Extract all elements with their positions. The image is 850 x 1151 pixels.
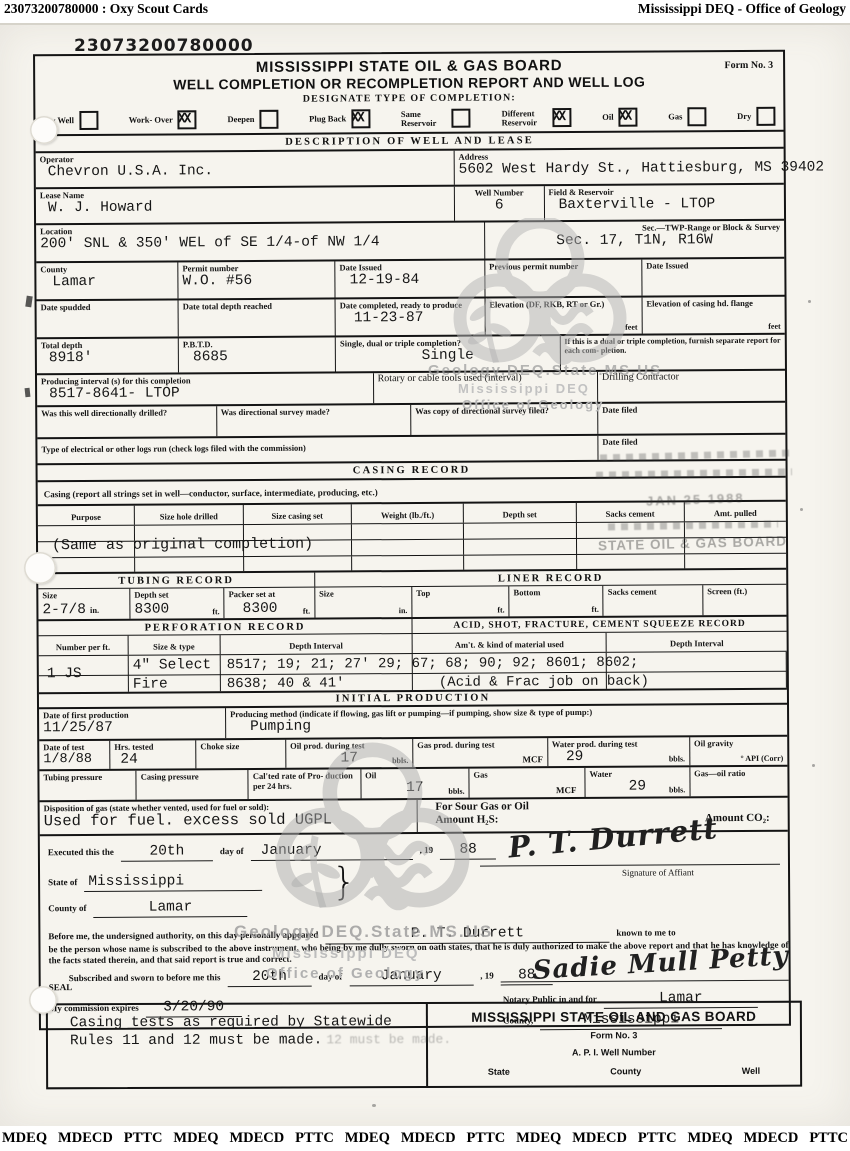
unit-label: ft. — [592, 605, 599, 614]
elevation-flange-field: Elevation of casing hd. flange feet — [642, 297, 784, 334]
checkbox — [687, 107, 706, 126]
county-line: County of Lamar — [48, 897, 250, 918]
acid-material-value: (Acid & Frac job on back) — [439, 674, 649, 691]
date-of-test-value: 1/8/88 — [43, 752, 105, 768]
oil-test-field: Oil prod. during test 17 bbls. — [286, 739, 413, 768]
directional-row: Was this well directionally drilled? Was… — [37, 403, 785, 440]
casing-col-hole: Size hole drilled — [135, 505, 244, 525]
field-label: Drilling Contractor — [602, 372, 781, 383]
checkbox — [79, 111, 98, 130]
completion-type-gas: Gas — [668, 107, 706, 126]
col-header: Weight (lb./ft.) — [381, 510, 434, 520]
disposition-field: Disposition of gas (state whether vented… — [40, 800, 418, 834]
scan-speck — [812, 764, 815, 767]
checkbox — [452, 109, 471, 128]
completion-type-same-reservoir: Same Reservoir — [401, 109, 471, 128]
col-header: Size hole drilled — [160, 511, 218, 521]
checkbox-label: Deepen — [227, 115, 254, 124]
producing-interval-value: 8517-8641- LTOP — [41, 384, 369, 402]
checkbox-label: Gas — [668, 112, 682, 121]
scan-smudge — [25, 388, 31, 397]
checkbox-mark: XX — [351, 111, 363, 125]
dual-completion-note: If this is a dual or triple completion, … — [560, 335, 785, 370]
logs-run-field: Type of electrical or other logs run (ch… — [37, 436, 598, 463]
hole-punch — [24, 552, 56, 584]
field-label: Type of electrical or other logs run (ch… — [41, 441, 593, 454]
perf-col-size: Size & type — [128, 635, 220, 655]
state-label: State of — [48, 877, 77, 887]
completion-type-oil: Oil XX — [602, 108, 637, 127]
packer-field: Packer set at 8300 ft. — [225, 588, 316, 619]
completion-kind-value: Single — [340, 347, 555, 364]
checkbox — [756, 107, 775, 126]
subscribed-line: Subscribed and sworn to before me this 2… — [69, 965, 556, 988]
field-label: Date completed, ready to produce — [340, 300, 481, 311]
col-header: Am't. & kind of material used — [455, 639, 564, 650]
known-suffix: known to me to — [616, 927, 675, 937]
note-line1: Casing tests as required by Statewide — [70, 1014, 420, 1031]
producing-method-field: Producing method (indicate if flowing, g… — [226, 705, 787, 738]
perf-number-value: 1 JS — [47, 666, 82, 682]
test-row: Date of test 1/8/88 Hrs. tested 24 Choke… — [39, 737, 787, 772]
logs-row: Type of electrical or other logs run (ch… — [37, 435, 785, 466]
field-label: Choke size — [200, 741, 281, 751]
field-label: Was directional survey made? — [221, 406, 407, 417]
unit-label: bbls. — [669, 785, 685, 794]
completion-type-different-reservoir: Different Reservoir XX — [502, 108, 572, 127]
checkbox-label: Dry — [737, 112, 751, 121]
gas-oil-ratio-field: Gas—oil ratio — [690, 767, 787, 797]
disposition-value: Used for fuel. excess sold UGPL — [44, 811, 413, 829]
field-label: Was copy of directional survey filed? — [415, 405, 593, 416]
field-label: Sacks cement — [608, 586, 699, 597]
brace-glyph: } — [332, 862, 356, 900]
checkbox-mark: XX — [178, 112, 190, 126]
dates-elevation-row: Date spudded Date total depth reached Da… — [37, 297, 785, 340]
field-label: Previous permit number — [489, 261, 637, 272]
board-form-no: Form No. 3 — [428, 1030, 800, 1042]
unit-label: MCF — [556, 786, 577, 795]
subscribed-day: 20th — [227, 969, 311, 988]
viewer-header: 23073200780000 : Oxy Scout Cards Mississ… — [0, 0, 850, 22]
lease-name-field: Lease Name W. J. Howard — [36, 187, 455, 224]
well-completion-form: MISSISSIPPI STATE OIL & GAS BOARD WELL C… — [33, 50, 791, 1031]
operator-field: Operator Chevron U.S.A. Inc. — [36, 151, 455, 188]
executed-day: 20th — [121, 843, 213, 862]
col-header: Depth set — [503, 509, 537, 519]
survey-copy-filed-field: Was copy of directional survey filed? — [411, 404, 598, 435]
acid-col-material: Am't. & kind of material used — [413, 633, 608, 653]
checkbox-label: Work- Over — [129, 115, 173, 124]
scan-speck — [808, 300, 811, 303]
checkbox — [259, 110, 278, 129]
completion-kind-field: Single, dual or triple completion? Singl… — [336, 336, 561, 371]
unit-label: ft. — [497, 605, 504, 614]
casing-pressure-field: Casing pressure — [137, 770, 249, 800]
unit-label: in. — [90, 605, 99, 615]
unit-label: ft. — [303, 607, 310, 616]
permit-number-field: Permit number W.O. #56 — [178, 261, 335, 298]
scan-speck — [372, 1104, 376, 1107]
field-label: Bottom — [513, 587, 598, 598]
perf-depth-value2: 8638; 40 & 41' — [227, 675, 345, 692]
unit-label: MCF — [522, 755, 543, 764]
casing-col-set: Size casing set — [243, 504, 352, 524]
rotary-tools-field: Rotary or cable tools used (interval) — [374, 372, 599, 403]
casing-col-sacks: Sacks cement — [576, 502, 685, 522]
well-number-field: Well Number 6 — [455, 186, 545, 221]
casing-table-body: (Same as original completion) — [38, 522, 786, 575]
well-number-value: 6 — [459, 197, 540, 213]
date-completed-field: Date completed, ready to produce 11-23-8… — [336, 299, 486, 336]
year-prefix: , 19 — [480, 971, 494, 981]
field-label: Gas prod. during test — [417, 739, 543, 750]
drilling-contractor-field: Drilling Contractor — [598, 371, 785, 402]
producing-method-value: Pumping — [230, 716, 783, 735]
before-prefix: Before me, the undersigned authority, on… — [48, 930, 318, 942]
hole-punch — [30, 116, 58, 144]
completion-type-deepen: Deepen — [227, 110, 278, 129]
scan-speck — [800, 508, 803, 511]
hrs-tested-value: 24 — [114, 751, 191, 767]
date-spudded-field: Date spudded — [37, 300, 179, 337]
field-label: Hrs. tested — [114, 741, 191, 751]
h2s-label: Amount H₂S: — [435, 813, 498, 825]
col-header: Depth Interval — [289, 640, 343, 650]
location-row: Location 200' SNL & 350' WEL of SE 1/4-o… — [36, 221, 784, 264]
date-completed-value: 11-23-87 — [340, 310, 481, 327]
col-county-label: County — [610, 1066, 641, 1077]
oil-24-field: Oil 17 bbls. — [361, 769, 470, 799]
board-stamp-block: MISSISSIPPI STATE OIL AND GAS BOARD Form… — [428, 1003, 801, 1086]
operator-value: Chevron U.S.A. Inc. — [40, 162, 450, 181]
liner-screen-field: Screen (ft.) — [703, 585, 786, 616]
casing-col-weight: Weight (lb./ft.) — [352, 504, 464, 524]
date-total-depth-field: Date total depth reached — [179, 299, 336, 336]
oil-gravity-field: Oil gravity ° API (Corr) — [690, 737, 787, 766]
unit-label: feet — [768, 322, 780, 331]
unit-label: bbls. — [669, 754, 685, 763]
field-label: Screen (ft.) — [707, 586, 782, 596]
field-label: Depth set — [134, 589, 219, 600]
col-header: Depth Interval — [670, 638, 724, 648]
total-depth-row: Total depth 8918' P.B.T.D. 8685 Single, … — [37, 335, 785, 376]
scanned-form-page: { "page_header": { "left": "230732007800… — [0, 0, 850, 1151]
field-label: Casing pressure — [141, 771, 244, 782]
field-label: If this is a dual or triple completion, … — [564, 336, 780, 355]
completion-type-plug-back: Plug Back XX — [309, 109, 370, 128]
location-value: 200' SNL & 350' WEL of SE 1/4-of NW 1/4 — [40, 234, 480, 253]
footer-agency-strip: MDEQ MDECD PTTC MDEQ MDECD PTTC MDEQ MDE… — [0, 1127, 850, 1151]
form-number: Form No. 3 — [724, 60, 773, 72]
liner-bottom-field: Bottom ft. — [509, 586, 603, 617]
liner-top-field: Top ft. — [412, 586, 509, 617]
address-value: 5602 West Hardy St., Hattiesburg, MS 394… — [459, 160, 780, 178]
executed-prefix: Executed this the — [48, 847, 114, 857]
tubing-depth-value: 8300 — [134, 601, 169, 617]
note-line2: Rules 11 and 12 must be made. — [70, 1032, 322, 1049]
unit-label: ft. — [212, 607, 219, 616]
field-label: Date of test — [43, 742, 105, 752]
previous-permit-field: Previous permit number — [485, 260, 642, 297]
first-production-row: Date of first production 11/25/87 Produc… — [39, 705, 787, 742]
unit-label: feet — [625, 323, 637, 332]
operator-address-row: Operator Chevron U.S.A. Inc. Address 560… — [36, 149, 784, 190]
total-depth-field: Total depth 8918' — [37, 338, 179, 373]
col-header: Purpose — [71, 512, 101, 522]
perf-size-value1: 4" Select — [133, 657, 211, 673]
field-label: Gas—oil ratio — [694, 768, 783, 779]
checkbox-label: Plug Back — [309, 114, 346, 123]
day-of-label: day of — [220, 846, 244, 856]
year-prefix: , 19 — [420, 845, 434, 855]
pressure-row: Tubing pressure Casing pressure Cal'ted … — [39, 767, 787, 803]
permit-number-value: W.O. #56 — [182, 272, 330, 289]
producing-interval-field: Producing interval (s) for this completi… — [37, 373, 374, 405]
gas-24-field: Gas MCF — [469, 768, 585, 798]
elevation-field: Elevation (DF, RKB, RT or Gr.) feet — [485, 298, 642, 335]
liner-size-field: Size in. — [315, 587, 412, 618]
field-label: Was this well directionally drilled? — [41, 407, 212, 418]
field-label: Elevation (DF, RKB, RT or Gr.) — [489, 299, 637, 310]
county-value: Lamar — [40, 273, 173, 290]
field-label: Well Number — [459, 187, 540, 197]
signature-line — [480, 864, 780, 867]
liner-sacks-field: Sacks cement — [604, 585, 704, 616]
perf-depth-value1: 8517; 19; 21; 27' 29; 67; 68; 90; 92; 86… — [227, 655, 639, 674]
casing-note-text: Casing (report all strings set in well—c… — [44, 487, 378, 499]
checkbox: XX — [351, 109, 370, 128]
directionally-drilled-field: Was this well directionally drilled? — [37, 406, 217, 437]
checkbox-label: Oil — [602, 113, 613, 122]
unit-label: in. — [399, 606, 408, 615]
liner-section-title: LINER RECORD — [315, 570, 786, 587]
water-test-value: 29 — [552, 748, 685, 765]
field-label: Date filed — [602, 404, 781, 415]
field-label: Tubing pressure — [43, 772, 131, 783]
perf-data-row: 1 JS 4" Select Fire 8517; 19; 21; 27' 29… — [39, 652, 787, 695]
directional-survey-field: Was directional survey made? — [217, 405, 412, 436]
executed-year: 88 — [440, 841, 496, 859]
perf-col-depth: Depth Interval — [220, 634, 412, 654]
lease-row: Lease Name W. J. Howard Well Number 6 Fi… — [36, 185, 784, 226]
tubing-section-title: TUBING RECORD — [38, 573, 315, 589]
pbtd-field: P.B.T.D. 8685 — [179, 337, 336, 372]
tubing-size-value: 2-7/8 — [42, 602, 86, 618]
address-field: Address 5602 West Hardy St., Hattiesburg… — [454, 149, 783, 185]
county-label: County of — [48, 903, 86, 913]
tubing-pressure-field: Tubing pressure — [39, 771, 136, 801]
tubing-size-field: Size 2-7/8 in. — [38, 589, 130, 620]
checkbox: XX — [178, 110, 197, 129]
col-state-label: State — [488, 1067, 510, 1078]
field-label: Gas — [473, 769, 580, 780]
casing-col-purpose: Purpose — [38, 506, 135, 526]
state-value: Mississippi — [84, 873, 262, 892]
county-field: County Lamar — [36, 262, 178, 299]
subscribed-prefix: Subscribed and sworn to before me this — [69, 972, 221, 983]
county-value: Lamar — [93, 899, 247, 918]
checkbox: XX — [553, 108, 572, 127]
affidavit-section: Executed this the 20th day of January , … — [40, 832, 789, 1029]
field-reservoir-field: Field & Reservoir Baxterville - LTOP — [544, 185, 784, 220]
completion-type-dry: Dry — [737, 107, 775, 126]
form-title-line2: WELL COMPLETION OR RECOMPLETION REPORT A… — [35, 73, 783, 94]
viewer-header-left: 23073200780000 : Oxy Scout Cards — [4, 1, 208, 17]
choke-size-field: Choke size — [196, 740, 286, 769]
checkbox-label: Same Reservoir — [401, 109, 447, 127]
field-label: Water — [589, 768, 685, 779]
lease-name-value: W. J. Howard — [40, 198, 450, 217]
field-label: Date filed — [602, 436, 781, 447]
date-issued-value: 12-19-84 — [340, 272, 481, 289]
field-label: Elevation of casing hd. flange — [646, 298, 780, 309]
col-header: Size & type — [153, 641, 195, 651]
field-label: Date Issued — [646, 260, 780, 271]
pbtd-value: 8685 — [183, 348, 331, 365]
tubing-depth-field: Depth set 8300 ft. — [130, 588, 224, 619]
checkbox-mark: XX — [553, 110, 565, 124]
field-label: Cal'ted rate of Pro- duction per 24 hrs. — [253, 770, 356, 791]
unit-label: bbls. — [448, 787, 464, 796]
col-well-label: Well — [742, 1066, 760, 1077]
checkbox-label: Different Reservoir — [502, 109, 548, 127]
field-label: Oil — [365, 770, 465, 781]
viewer-header-right: Mississippi DEQ - Office of Geology — [638, 1, 846, 17]
col-header: Number per ft. — [56, 642, 110, 652]
executed-line: Executed this the 20th day of January , … — [48, 839, 499, 862]
field-reservoir-value: Baxterville - LTOP — [549, 196, 780, 213]
col-header: Size casing set — [271, 511, 323, 521]
perf-col-number: Number per ft. — [39, 636, 129, 656]
field-label: Rotary or cable tools used (interval) — [378, 373, 593, 384]
acid-section-title: ACID, SHOT, FRACTURE, CEMENT SQUEEZE REC… — [412, 617, 786, 633]
oil-test-value: 17 — [290, 750, 408, 767]
date-of-test-field: Date of test 1/8/88 — [39, 741, 110, 769]
county-permit-row: County Lamar Permit number W.O. #56 Date… — [36, 259, 784, 302]
gas-test-field: Gas prod. during test MCF — [413, 738, 548, 767]
rate-per-24-field: Cal'ted rate of Pro- duction per 24 hrs. — [249, 769, 361, 799]
col-header: Sacks cement — [606, 509, 655, 519]
field-label: Top — [416, 587, 504, 598]
signature-of-affiant-label: Signature of Affiant — [622, 867, 694, 878]
tubing-liner-fields-row: Size 2-7/8 in. Depth set 8300 ft. Packer… — [38, 585, 786, 622]
sec-twp-value: Sec. 17, T1N, R16W — [489, 232, 780, 250]
packer-value: 8300 — [229, 601, 278, 617]
completion-type-workover: Work- Over XX — [129, 110, 197, 129]
previous-date-issued-field: Date Issued — [642, 259, 784, 296]
producing-interval-row: Producing interval (s) for this completi… — [37, 371, 785, 408]
subscribed-month: January — [349, 968, 473, 987]
casing-col-pulled: Amt. pulled — [685, 502, 786, 522]
date-filed-logs-field: Date filed — [598, 435, 785, 460]
unit-label: ° API (Corr) — [741, 754, 784, 763]
day-of-label: day of — [318, 971, 342, 981]
field-label: Size — [319, 588, 407, 599]
date-first-production-field: Date of first production 11/25/87 — [39, 708, 226, 739]
bottom-note-box: Casing tests as required by Statewide Ru… — [46, 1001, 802, 1090]
hrs-tested-field: Hrs. tested 24 — [110, 740, 196, 769]
field-label: Date total depth reached — [183, 300, 331, 311]
sec-twp-field: Sec.—TWP-Range or Block & Survey Sec. 17… — [485, 221, 784, 259]
perf-size-value2: Fire — [133, 676, 168, 692]
date-first-production-value: 11/25/87 — [43, 719, 221, 736]
field-label: Packer set at — [229, 589, 311, 599]
acid-col-depth: Depth Interval — [607, 632, 787, 652]
field-label: Oil gravity — [694, 738, 783, 749]
total-depth-value: 8918' — [41, 349, 174, 366]
checkbox-mark: XX — [619, 110, 631, 124]
form-title-block: MISSISSIPPI STATE OIL & GAS BOARD WELL C… — [35, 52, 783, 109]
unit-label: bbls. — [392, 756, 408, 765]
executed-month: January — [251, 842, 413, 861]
board-title: MISSISSIPPI STATE OIL AND GAS BOARD — [428, 1009, 800, 1025]
date-issued-field: Date Issued 12-19-84 — [335, 261, 485, 298]
col-header: Amt. pulled — [714, 508, 757, 518]
hole-punch — [29, 986, 57, 1014]
water-24-field: Water 29 bbls. — [585, 767, 690, 797]
casing-tests-note: Casing tests as required by Statewide Ru… — [48, 1004, 428, 1087]
casing-col-depth: Depth set — [464, 503, 576, 523]
perforation-section-title: PERFORATION RECORD — [38, 619, 412, 635]
field-label: Oil prod. during test — [290, 740, 408, 751]
state-line: State of Mississippi — [48, 871, 265, 892]
field-label: Date spudded — [41, 301, 174, 312]
location-field: Location 200' SNL & 350' WEL of SE 1/4-o… — [36, 223, 485, 262]
date-filed-survey-field: Date filed — [598, 403, 785, 434]
water-test-field: Water prod. during test 29 bbls. — [548, 737, 690, 766]
casing-row-note: (Same as original completion) — [52, 537, 313, 555]
checkbox: XX — [619, 108, 638, 127]
field-label: Size — [42, 590, 125, 601]
